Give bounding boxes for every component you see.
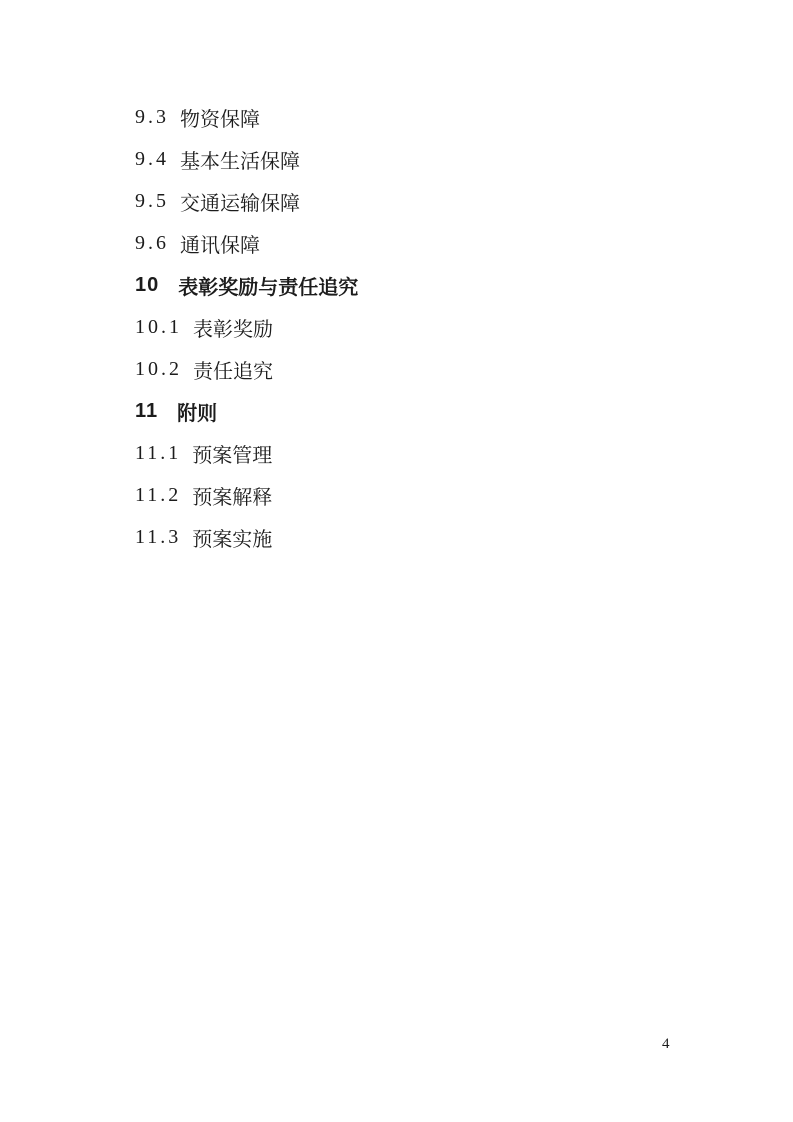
toc-item-number: 10.1 — [135, 316, 182, 339]
toc-item-number: 11 — [135, 400, 158, 423]
toc-sub-item: 11.2预案解释 — [135, 474, 358, 516]
toc-sub-item: 11.1预案管理 — [135, 432, 358, 474]
toc-item-label: 表彰奖励与责任追究 — [178, 271, 358, 300]
toc-item-number: 11.1 — [135, 442, 181, 465]
toc-sub-item: 9.6通讯保障 — [135, 222, 358, 264]
toc-item-label: 附则 — [177, 397, 217, 426]
toc-heading-item: 11附则 — [135, 390, 358, 432]
page-number: 4 — [662, 1036, 670, 1053]
toc-item-number: 11.3 — [135, 526, 181, 549]
toc-item-number: 10.2 — [135, 358, 182, 381]
toc-sub-item: 9.4基本生活保障 — [135, 138, 358, 180]
toc-sub-item: 9.3物资保障 — [135, 96, 358, 138]
toc-item-number: 9.3 — [135, 106, 169, 129]
toc-sub-item: 9.5交通运输保障 — [135, 180, 358, 222]
toc-item-label: 预案解释 — [192, 481, 272, 510]
document-page: 9.3物资保障9.4基本生活保障9.5交通运输保障9.6通讯保障10表彰奖励与责… — [0, 0, 793, 1122]
toc-item-number: 10 — [135, 274, 159, 297]
toc-item-number: 9.5 — [135, 190, 169, 213]
toc-item-label: 表彰奖励 — [193, 313, 273, 342]
toc-item-number: 9.6 — [135, 232, 169, 255]
toc-sub-item: 10.1表彰奖励 — [135, 306, 358, 348]
toc-item-label: 物资保障 — [180, 103, 260, 132]
toc-item-number: 11.2 — [135, 484, 181, 507]
toc-item-label: 基本生活保障 — [180, 145, 300, 174]
toc-item-number: 9.4 — [135, 148, 169, 171]
toc-item-label: 交通运输保障 — [180, 187, 300, 216]
toc-item-label: 预案管理 — [192, 439, 272, 468]
toc-list: 9.3物资保障9.4基本生活保障9.5交通运输保障9.6通讯保障10表彰奖励与责… — [135, 96, 358, 558]
toc-heading-item: 10表彰奖励与责任追究 — [135, 264, 358, 306]
toc-item-label: 预案实施 — [192, 523, 272, 552]
toc-sub-item: 11.3预案实施 — [135, 516, 358, 558]
toc-item-label: 通讯保障 — [180, 229, 260, 258]
toc-sub-item: 10.2责任追究 — [135, 348, 358, 390]
toc-item-label: 责任追究 — [193, 355, 273, 384]
